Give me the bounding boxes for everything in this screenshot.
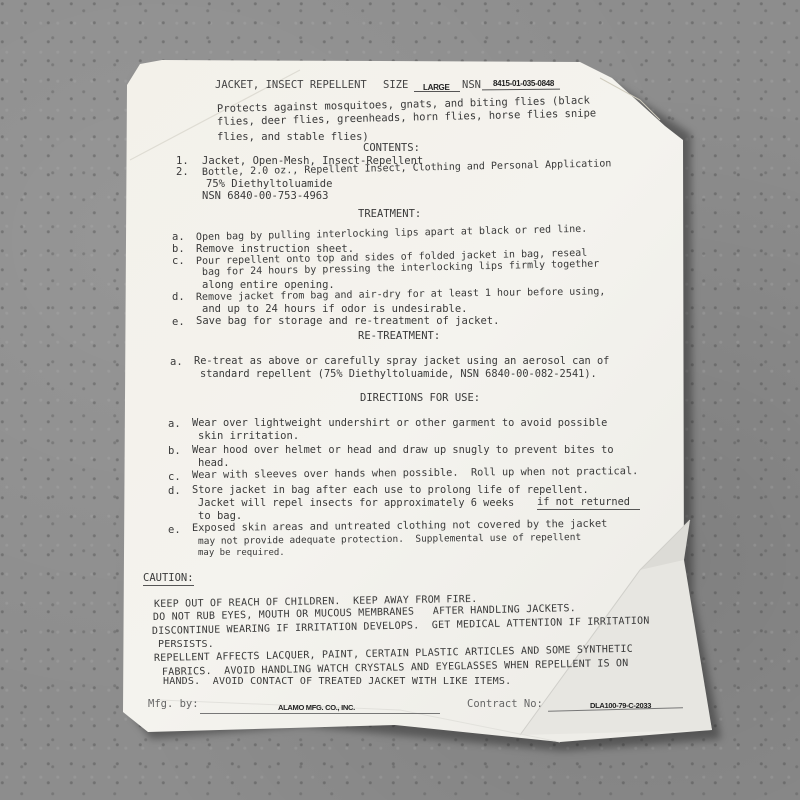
description-line: flies, and stable flies) xyxy=(217,131,369,144)
directions-marker: b. xyxy=(168,445,181,458)
contract-label: Contract No: xyxy=(467,698,543,711)
directions-item: Jacket will repel insects for approximat… xyxy=(198,497,520,510)
document-text: JACKET, INSECT REPELLENT SIZE LARGE NSN … xyxy=(0,0,800,800)
retreatment-heading: RE-TREATMENT: xyxy=(358,330,440,343)
underlined-phrase: if not returned xyxy=(537,496,640,510)
title-item: JACKET, INSECT REPELLENT xyxy=(215,79,367,92)
treatment-marker: d. xyxy=(172,291,185,304)
mfg-value: ALAMO MFG. CO., INC. xyxy=(278,701,355,714)
treatment-marker: c. xyxy=(172,255,185,268)
directions-heading: DIRECTIONS FOR USE: xyxy=(360,392,480,405)
retreatment-item: standard repellent (75% Diethyltoluamide… xyxy=(200,368,597,381)
size-label: SIZE xyxy=(383,79,408,92)
directions-item: Wear with sleeves over hands when possib… xyxy=(192,465,638,482)
retreatment-item: Re-treat as above or carefully spray jac… xyxy=(194,355,609,368)
contents-heading: CONTENTS: xyxy=(363,142,420,155)
nsn-value: 8415-01-035-0848 xyxy=(493,77,554,90)
size-value: LARGE xyxy=(423,81,450,94)
contract-value: DLA100-79-C-2033 xyxy=(590,699,651,712)
treatment-item: Open bag by pulling interlocking lips ap… xyxy=(196,223,588,244)
directions-item: may be required. xyxy=(198,547,285,560)
directions-marker: c. xyxy=(168,471,181,484)
directions-item: skin irritation. xyxy=(198,430,299,443)
caution-heading: CAUTION: xyxy=(143,572,194,586)
directions-item: Wear hood over helmet or head and draw u… xyxy=(192,444,614,457)
retreatment-marker: a. xyxy=(170,356,183,369)
directions-marker: a. xyxy=(168,418,181,431)
treatment-marker: e. xyxy=(172,316,185,329)
directions-item: Store jacket in bag after each use to pr… xyxy=(192,484,589,497)
treatment-heading: TREATMENT: xyxy=(358,208,421,221)
contents-item: NSN 6840-00-753-4963 xyxy=(202,190,328,203)
nsn-label: NSN xyxy=(462,79,481,92)
contents-marker: 2. xyxy=(176,166,189,179)
treatment-item: Save bag for storage and re-treatment of… xyxy=(196,315,499,328)
directions-item: Wear over lightweight undershirt or othe… xyxy=(192,417,607,430)
mfg-label: Mfg. by: xyxy=(148,698,199,711)
caution-line: HANDS. AVOID CONTACT OF TREATED JACKET W… xyxy=(163,675,511,688)
directions-item: may not provide adequate protection. Sup… xyxy=(198,531,581,548)
caution-line: PERSISTS. xyxy=(158,638,214,651)
directions-marker: e. xyxy=(168,524,181,537)
directions-marker: d. xyxy=(168,485,181,498)
